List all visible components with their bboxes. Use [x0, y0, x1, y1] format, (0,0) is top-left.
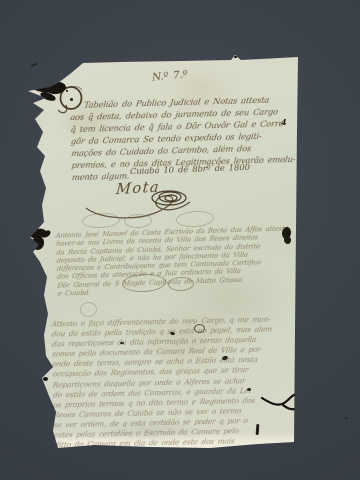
ink-spatter-dot [66, 90, 68, 92]
edge-fleck [75, 53, 78, 56]
ink-accent [247, 388, 251, 391]
document-number: N.º 7.º [152, 68, 188, 83]
backdrop-speck [31, 63, 37, 67]
edge-fleck [43, 377, 48, 381]
show-through-flourish [124, 214, 152, 229]
ring-stain [80, 302, 97, 317]
backdrop-speck [345, 417, 347, 419]
manuscript-page: N.º 7.º Tabelião do Publico Judicial e N… [0, 0, 360, 480]
margin-correction-mark: 4 [281, 117, 286, 127]
ink-spatter-dot [70, 98, 73, 101]
ink-loop-mark [194, 324, 205, 333]
photo-backdrop: N.º 7.º Tabelião do Publico Judicial e N… [0, 0, 360, 480]
ink-curl-mark [260, 390, 300, 416]
edge-fleck [234, 56, 237, 58]
signature-knot-scribble [148, 188, 190, 208]
edge-ink-blot [283, 235, 292, 244]
attestation-paragraph-3: Attesto e faço differentemente do meu Ca… [51, 315, 274, 451]
ink-accent [120, 342, 124, 344]
show-through-flourish [82, 212, 121, 229]
